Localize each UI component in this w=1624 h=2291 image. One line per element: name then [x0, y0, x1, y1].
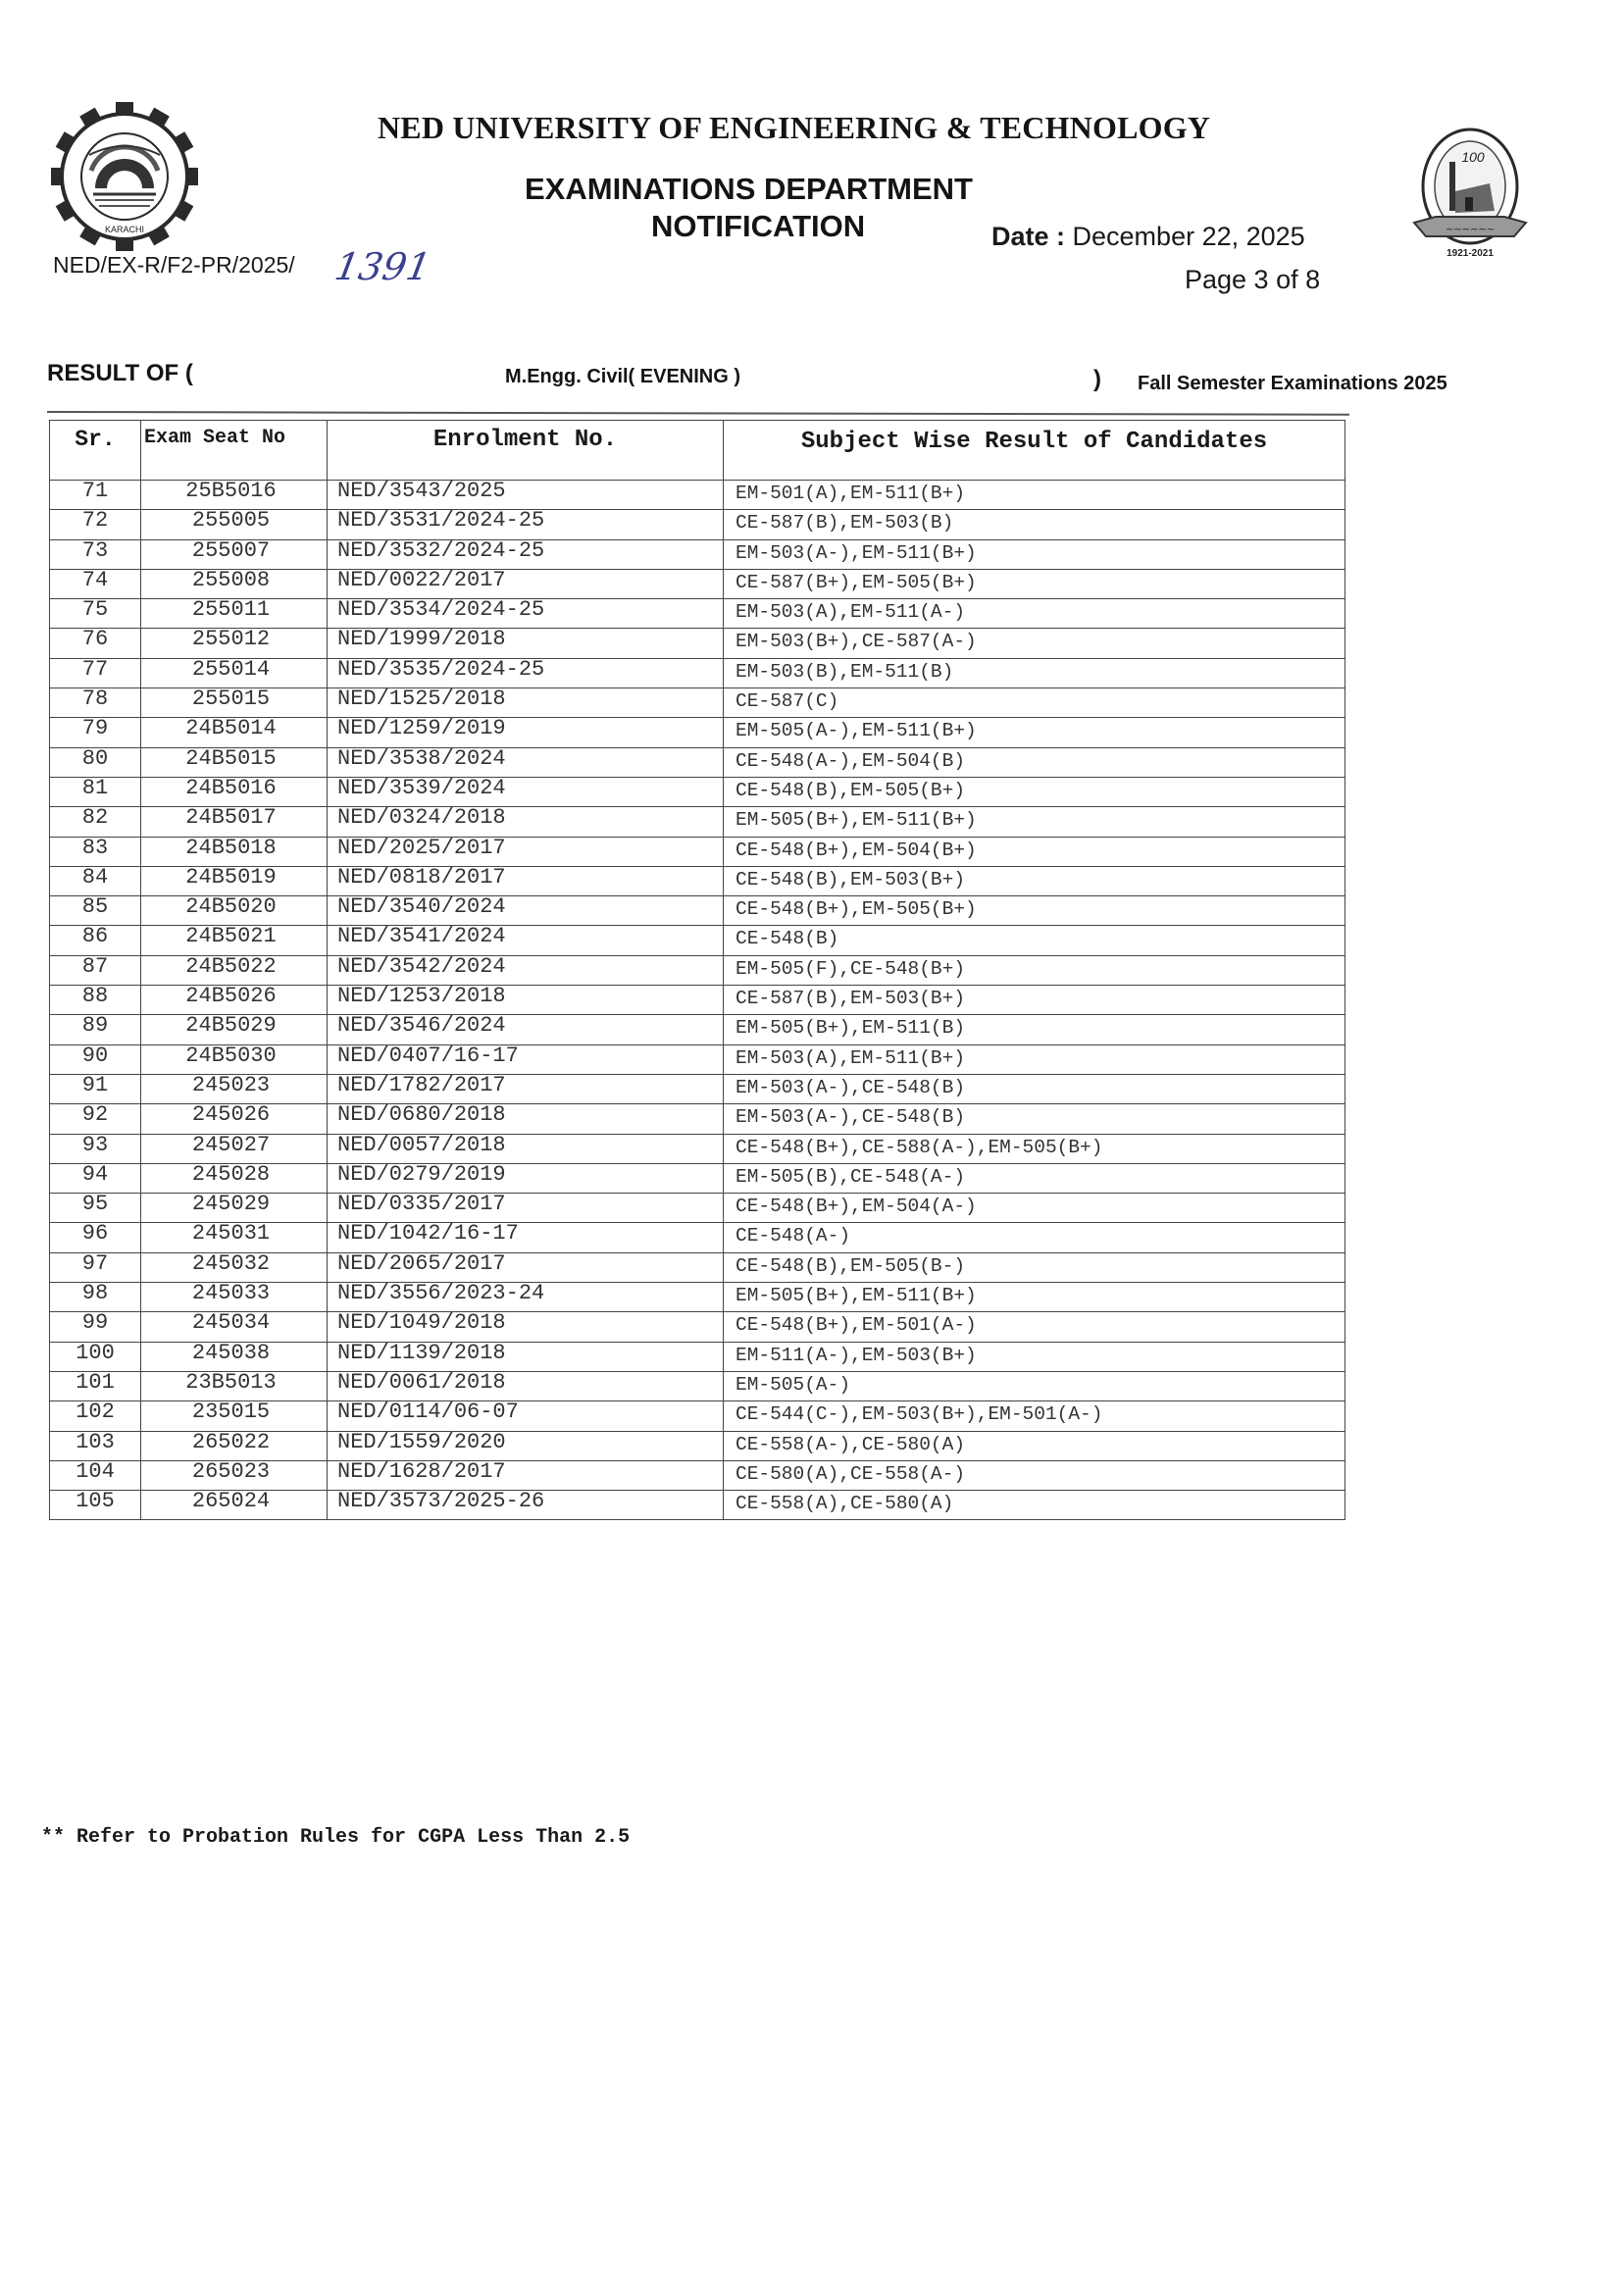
table-row: 8224B5017NED/0324/2018EM-505(B+),EM-511(… [50, 807, 1345, 837]
sr-cell: 80 [50, 747, 141, 777]
enrolment-cell: NED/3538/2024 [328, 747, 724, 777]
sr-cell: 72 [50, 510, 141, 539]
table-row: 8824B5026NED/1253/2018CE-587(B),EM-503(B… [50, 986, 1345, 1015]
sr-cell: 94 [50, 1163, 141, 1193]
ned-centenary-logo-icon: 100 ~~~~~~ 1921-2021 [1396, 123, 1544, 270]
seat-no-cell: 255005 [141, 510, 328, 539]
table-row: 73255007NED/3532/2024-25EM-503(A-),EM-51… [50, 539, 1345, 569]
seat-no-cell: 235015 [141, 1401, 328, 1431]
enrolment-cell: NED/1049/2018 [328, 1312, 724, 1342]
date-label: Date : [991, 222, 1065, 251]
result-cell: CE-548(B),EM-505(B-) [724, 1252, 1345, 1282]
result-cell: CE-580(A),CE-558(A-) [724, 1460, 1345, 1490]
date-line: Date : December 22, 2025 [991, 222, 1305, 252]
table-row: 8524B5020NED/3540/2024CE-548(B+),EM-505(… [50, 896, 1345, 926]
seat-no-cell: 265022 [141, 1431, 328, 1460]
result-cell: EM-503(A),EM-511(B+) [724, 1044, 1345, 1074]
table-row: 93245027NED/0057/2018CE-548(B+),CE-588(A… [50, 1134, 1345, 1163]
result-cell: CE-548(B+),EM-504(A-) [724, 1194, 1345, 1223]
table-row: 103265022NED/1559/2020CE-558(A-),CE-580(… [50, 1431, 1345, 1460]
enrolment-cell: NED/3534/2024-25 [328, 599, 724, 629]
result-cell: CE-548(B+),CE-588(A-),EM-505(B+) [724, 1134, 1345, 1163]
table-row: 77255014NED/3535/2024-25EM-503(B),EM-511… [50, 658, 1345, 687]
table-row: 8024B5015NED/3538/2024CE-548(A-),EM-504(… [50, 747, 1345, 777]
enrolment-cell: NED/0407/16-17 [328, 1044, 724, 1074]
result-cell: EM-503(B+),CE-587(A-) [724, 629, 1345, 658]
seat-no-cell: 25B5016 [141, 481, 328, 510]
sr-cell: 96 [50, 1223, 141, 1252]
seat-no-cell: 24B5016 [141, 777, 328, 806]
result-of-label: RESULT OF ( [47, 360, 193, 387]
sr-cell: 75 [50, 599, 141, 629]
sr-cell: 102 [50, 1401, 141, 1431]
result-cell: CE-548(B+),EM-504(B+) [724, 837, 1345, 866]
ned-gear-logo-icon: KARACHI [51, 98, 198, 265]
page-number: Page 3 of 8 [1185, 265, 1320, 295]
reference-handwritten-number: 1391 [331, 245, 433, 288]
sr-cell: 76 [50, 629, 141, 658]
result-cell: CE-558(A),CE-580(A) [724, 1491, 1345, 1520]
result-cell: EM-505(A-),EM-511(B+) [724, 718, 1345, 747]
table-row: 99245034NED/1049/2018CE-548(B+),EM-501(A… [50, 1312, 1345, 1342]
enrolment-cell: NED/0114/06-07 [328, 1401, 724, 1431]
enrolment-cell: NED/0057/2018 [328, 1134, 724, 1163]
table-row: 98245033NED/3556/2023-24EM-505(B+),EM-51… [50, 1283, 1345, 1312]
seat-no-cell: 245028 [141, 1163, 328, 1193]
sr-cell: 78 [50, 688, 141, 718]
seat-no-cell: 24B5019 [141, 866, 328, 895]
enrolment-cell: NED/1999/2018 [328, 629, 724, 658]
enrolment-cell: NED/0279/2019 [328, 1163, 724, 1193]
seat-no-cell: 24B5030 [141, 1044, 328, 1074]
table-row: 100245038NED/1139/2018EM-511(A-),EM-503(… [50, 1342, 1345, 1371]
result-cell: CE-548(A-),EM-504(B) [724, 747, 1345, 777]
enrolment-cell: NED/3556/2023-24 [328, 1283, 724, 1312]
table-row: 10123B5013NED/0061/2018EM-505(A-) [50, 1371, 1345, 1400]
seat-no-cell: 24B5020 [141, 896, 328, 926]
svg-text:100: 100 [1461, 149, 1485, 165]
date-value: December 22, 2025 [1073, 222, 1305, 251]
result-cell: EM-505(B+),EM-511(B+) [724, 807, 1345, 837]
enrolment-cell: NED/2065/2017 [328, 1252, 724, 1282]
enrolment-cell: NED/1628/2017 [328, 1460, 724, 1490]
seat-no-cell: 245033 [141, 1283, 328, 1312]
table-row: 92245026NED/0680/2018EM-503(A-),CE-548(B… [50, 1104, 1345, 1134]
table-row: 8124B5016NED/3539/2024CE-548(B),EM-505(B… [50, 777, 1345, 806]
result-of-close: ) [1093, 366, 1101, 393]
result-cell: EM-503(A-),CE-548(B) [724, 1074, 1345, 1103]
sr-cell: 85 [50, 896, 141, 926]
seat-no-cell: 24B5014 [141, 718, 328, 747]
seat-no-cell: 24B5026 [141, 986, 328, 1015]
enrolment-cell: NED/0818/2017 [328, 866, 724, 895]
enrolment-cell: NED/1525/2018 [328, 688, 724, 718]
seat-no-cell: 255014 [141, 658, 328, 687]
result-cell: CE-548(B),EM-503(B+) [724, 866, 1345, 895]
sr-cell: 82 [50, 807, 141, 837]
seat-no-cell: 24B5029 [141, 1015, 328, 1044]
table-row: 76255012NED/1999/2018EM-503(B+),CE-587(A… [50, 629, 1345, 658]
sr-cell: 74 [50, 569, 141, 598]
table-row: 102235015NED/0114/06-07CE-544(C-),EM-503… [50, 1401, 1345, 1431]
enrolment-cell: NED/1559/2020 [328, 1431, 724, 1460]
program-name: M.Engg. Civil( EVENING ) [505, 366, 740, 388]
result-cell: EM-503(A-),CE-548(B) [724, 1104, 1345, 1134]
sr-cell: 81 [50, 777, 141, 806]
seat-no-cell: 245023 [141, 1074, 328, 1103]
table-row: 94245028NED/0279/2019EM-505(B),CE-548(A-… [50, 1163, 1345, 1193]
sr-cell: 71 [50, 481, 141, 510]
sr-cell: 92 [50, 1104, 141, 1134]
sr-cell: 87 [50, 955, 141, 985]
enrolment-cell: NED/3542/2024 [328, 955, 724, 985]
sr-cell: 100 [50, 1342, 141, 1371]
seat-no-cell: 265023 [141, 1460, 328, 1490]
enrolment-cell: NED/0680/2018 [328, 1104, 724, 1134]
sr-cell: 93 [50, 1134, 141, 1163]
table-header-row: Sr. Exam Seat No Enrolment No. Subject W… [50, 421, 1345, 481]
sr-cell: 104 [50, 1460, 141, 1490]
sr-cell: 90 [50, 1044, 141, 1074]
seat-no-cell: 24B5021 [141, 926, 328, 955]
enrolment-cell: NED/1042/16-17 [328, 1223, 724, 1252]
table-body: 7125B5016NED/3543/2025EM-501(A),EM-511(B… [50, 481, 1345, 1520]
result-cell: CE-587(B),EM-503(B) [724, 510, 1345, 539]
enrolment-cell: NED/0324/2018 [328, 807, 724, 837]
table-row: 7125B5016NED/3543/2025EM-501(A),EM-511(B… [50, 481, 1345, 510]
sr-cell: 99 [50, 1312, 141, 1342]
table-row: 9024B5030NED/0407/16-17EM-503(A),EM-511(… [50, 1044, 1345, 1074]
seat-no-cell: 255015 [141, 688, 328, 718]
result-cell: EM-505(B+),EM-511(B) [724, 1015, 1345, 1044]
column-header-enrolment: Enrolment No. [328, 421, 724, 481]
enrolment-cell: NED/0022/2017 [328, 569, 724, 598]
seat-no-cell: 245031 [141, 1223, 328, 1252]
sr-cell: 88 [50, 986, 141, 1015]
semester-label: Fall Semester Examinations 2025 [1138, 373, 1447, 395]
enrolment-cell: NED/3573/2025-26 [328, 1491, 724, 1520]
seat-no-cell: 245034 [141, 1312, 328, 1342]
result-cell: EM-505(B),CE-548(A-) [724, 1163, 1345, 1193]
enrolment-cell: NED/1782/2017 [328, 1074, 724, 1103]
seat-no-cell: 245026 [141, 1104, 328, 1134]
seat-no-cell: 245029 [141, 1194, 328, 1223]
result-cell: EM-505(F),CE-548(B+) [724, 955, 1345, 985]
table-row: 96245031NED/1042/16-17CE-548(A-) [50, 1223, 1345, 1252]
table-row: 74255008NED/0022/2017CE-587(B+),EM-505(B… [50, 569, 1345, 598]
table-row: 91245023NED/1782/2017EM-503(A-),CE-548(B… [50, 1074, 1345, 1103]
result-cell: EM-511(A-),EM-503(B+) [724, 1342, 1345, 1371]
table-row: 8424B5019NED/0818/2017CE-548(B),EM-503(B… [50, 866, 1345, 895]
result-cell: EM-505(A-) [724, 1371, 1345, 1400]
enrolment-cell: NED/3540/2024 [328, 896, 724, 926]
seat-no-cell: 245032 [141, 1252, 328, 1282]
seat-no-cell: 245027 [141, 1134, 328, 1163]
svg-text:KARACHI: KARACHI [105, 225, 144, 234]
enrolment-cell: NED/3532/2024-25 [328, 539, 724, 569]
seat-no-cell: 245038 [141, 1342, 328, 1371]
table-row: 7924B5014NED/1259/2019EM-505(A-),EM-511(… [50, 718, 1345, 747]
sr-cell: 77 [50, 658, 141, 687]
sr-cell: 95 [50, 1194, 141, 1223]
sr-cell: 97 [50, 1252, 141, 1282]
enrolment-cell: NED/0335/2017 [328, 1194, 724, 1223]
result-cell: CE-544(C-),EM-503(B+),EM-501(A-) [724, 1401, 1345, 1431]
sr-cell: 91 [50, 1074, 141, 1103]
table-row: 8724B5022NED/3542/2024EM-505(F),CE-548(B… [50, 955, 1345, 985]
seat-no-cell: 255008 [141, 569, 328, 598]
enrolment-cell: NED/3546/2024 [328, 1015, 724, 1044]
sr-cell: 73 [50, 539, 141, 569]
probation-footnote: ** Refer to Probation Rules for CGPA Les… [41, 1826, 630, 1849]
column-header-result: Subject Wise Result of Candidates [724, 421, 1345, 481]
enrolment-cell: NED/3535/2024-25 [328, 658, 724, 687]
result-cell: CE-587(C) [724, 688, 1345, 718]
enrolment-cell: NED/1253/2018 [328, 986, 724, 1015]
reference-number: NED/EX-R/F2-PR/2025/ [53, 252, 295, 279]
column-header-sr: Sr. [50, 421, 141, 481]
result-cell: EM-503(A),EM-511(A-) [724, 599, 1345, 629]
table-row: 104265023NED/1628/2017CE-580(A),CE-558(A… [50, 1460, 1345, 1490]
seat-no-cell: 24B5018 [141, 837, 328, 866]
sr-cell: 84 [50, 866, 141, 895]
enrolment-cell: NED/3543/2025 [328, 481, 724, 510]
department-title: EXAMINATIONS DEPARTMENT [525, 172, 973, 207]
header-divider [47, 411, 1349, 416]
result-cell: CE-587(B),EM-503(B+) [724, 986, 1345, 1015]
table-row: 8624B5021NED/3541/2024CE-548(B) [50, 926, 1345, 955]
enrolment-cell: NED/3531/2024-25 [328, 510, 724, 539]
enrolment-cell: NED/1139/2018 [328, 1342, 724, 1371]
table-row: 97245032NED/2065/2017CE-548(B),EM-505(B-… [50, 1252, 1345, 1282]
enrolment-cell: NED/0061/2018 [328, 1371, 724, 1400]
table-row: 78255015NED/1525/2018CE-587(C) [50, 688, 1345, 718]
sr-cell: 79 [50, 718, 141, 747]
result-cell: CE-558(A-),CE-580(A) [724, 1431, 1345, 1460]
enrolment-cell: NED/3539/2024 [328, 777, 724, 806]
result-cell: CE-587(B+),EM-505(B+) [724, 569, 1345, 598]
table-row: 105265024NED/3573/2025-26CE-558(A),CE-58… [50, 1491, 1345, 1520]
seat-no-cell: 255012 [141, 629, 328, 658]
enrolment-cell: NED/1259/2019 [328, 718, 724, 747]
result-cell: CE-548(B+),EM-505(B+) [724, 896, 1345, 926]
table-row: 72255005NED/3531/2024-25CE-587(B),EM-503… [50, 510, 1345, 539]
seat-no-cell: 24B5015 [141, 747, 328, 777]
results-table: Sr. Exam Seat No Enrolment No. Subject W… [49, 420, 1345, 1520]
result-cell: EM-503(A-),EM-511(B+) [724, 539, 1345, 569]
sr-cell: 103 [50, 1431, 141, 1460]
result-cell: EM-501(A),EM-511(B+) [724, 481, 1345, 510]
university-title: NED UNIVERSITY OF ENGINEERING & TECHNOLO… [378, 110, 1210, 146]
table-row: 8324B5018NED/2025/2017CE-548(B+),EM-504(… [50, 837, 1345, 866]
result-cell: EM-505(B+),EM-511(B+) [724, 1283, 1345, 1312]
seat-no-cell: 255007 [141, 539, 328, 569]
seat-no-cell: 24B5017 [141, 807, 328, 837]
notification-title: NOTIFICATION [651, 209, 865, 244]
table-row: 8924B5029NED/3546/2024EM-505(B+),EM-511(… [50, 1015, 1345, 1044]
table-row: 95245029NED/0335/2017CE-548(B+),EM-504(A… [50, 1194, 1345, 1223]
result-cell: CE-548(A-) [724, 1223, 1345, 1252]
sr-cell: 101 [50, 1371, 141, 1400]
table-row: 75255011NED/3534/2024-25EM-503(A),EM-511… [50, 599, 1345, 629]
seat-no-cell: 255011 [141, 599, 328, 629]
sr-cell: 105 [50, 1491, 141, 1520]
result-cell: CE-548(B) [724, 926, 1345, 955]
enrolment-cell: NED/3541/2024 [328, 926, 724, 955]
result-cell: CE-548(B),EM-505(B+) [724, 777, 1345, 806]
enrolment-cell: NED/2025/2017 [328, 837, 724, 866]
seat-no-cell: 24B5022 [141, 955, 328, 985]
result-cell: CE-548(B+),EM-501(A-) [724, 1312, 1345, 1342]
sr-cell: 89 [50, 1015, 141, 1044]
sr-cell: 83 [50, 837, 141, 866]
column-header-seat-no: Exam Seat No [141, 421, 328, 481]
svg-text:~~~~~~: ~~~~~~ [1446, 225, 1495, 235]
svg-text:1921-2021: 1921-2021 [1446, 248, 1494, 259]
sr-cell: 86 [50, 926, 141, 955]
seat-no-cell: 265024 [141, 1491, 328, 1520]
seat-no-cell: 23B5013 [141, 1371, 328, 1400]
result-cell: EM-503(B),EM-511(B) [724, 658, 1345, 687]
sr-cell: 98 [50, 1283, 141, 1312]
